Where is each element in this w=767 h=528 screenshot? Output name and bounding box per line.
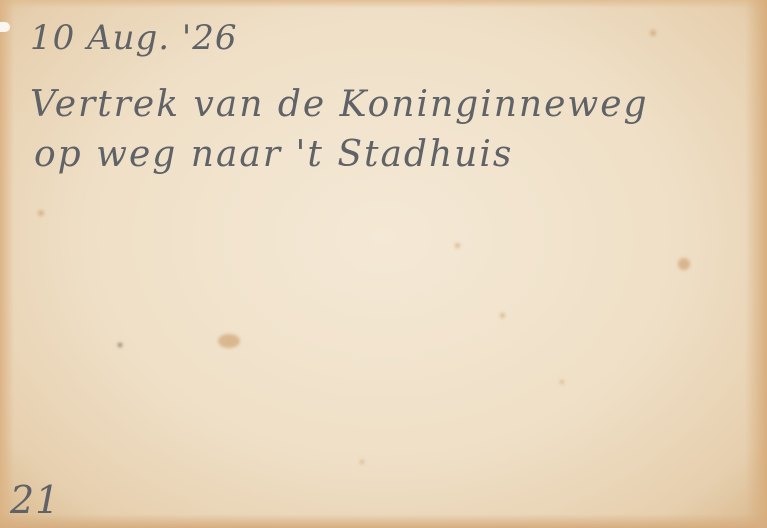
- foxing-stain: [500, 313, 505, 318]
- foxing-stain: [118, 343, 122, 347]
- handwritten-date: 10 Aug. '26: [30, 18, 238, 58]
- foxing-stain: [678, 258, 690, 270]
- foxing-stain: [360, 460, 364, 464]
- aged-edge-bottom: [0, 514, 767, 528]
- foxing-stain: [455, 243, 460, 248]
- handwritten-caption-line-1: Vertrek van de Koninginneweg: [30, 84, 649, 125]
- foxing-stain: [218, 334, 240, 348]
- handwritten-page-number: 21: [10, 478, 60, 522]
- foxing-stain: [560, 380, 564, 384]
- torn-corner: [0, 22, 10, 32]
- photo-back-card: 10 Aug. '26 Vertrek van de Koninginneweg…: [0, 0, 767, 528]
- aged-edge-left: [0, 0, 14, 528]
- foxing-stain: [650, 30, 656, 36]
- aged-edge-right: [745, 0, 767, 528]
- handwritten-caption-line-2: op weg naar 't Stadhuis: [34, 134, 513, 175]
- aged-edge-top: [0, 0, 767, 8]
- foxing-stain: [38, 210, 44, 216]
